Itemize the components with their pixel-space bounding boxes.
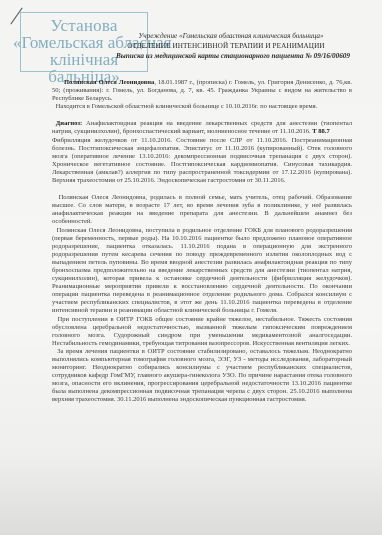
paragraph-admission-state: При поступлении в ОИТР ГОКБ общее состоя… <box>52 316 352 348</box>
department-name: ОТДЕЛЕНИЕ ИНТЕНСИВНОЙ ТЕРАПИИ И РЕАНИМАЦ… <box>0 41 382 51</box>
diagnosis: Диагноз: Анафилактоидная реакция на введ… <box>52 120 352 136</box>
diagnosis-label: Диагноз: <box>56 120 82 127</box>
document-body: Полянская Олеся Леонидовна, 18.01.1987 г… <box>52 79 352 405</box>
diagnosis-text: Анафилактоидная реакция на введение лека… <box>52 120 352 135</box>
institution-name: Учреждение «Гомельская областная клиниче… <box>0 31 382 41</box>
paragraph-treatment: За время лечения пациентки в ОИТР состоя… <box>52 348 352 405</box>
extract-title: Выписка из медицинской карты стационарно… <box>0 51 382 61</box>
patient-info: Полянская Олеся Леонидовна, 18.01.1987 г… <box>52 79 352 103</box>
stay-info: Находится в Гомельской областной клиниче… <box>52 103 352 111</box>
diagnosis-code: Т 88.7 <box>312 128 329 135</box>
document-header: Учреждение «Гомельская областная клиниче… <box>0 31 382 61</box>
paragraph-anamnesis: Полянская Олеся Леонидовна, родилась в п… <box>52 194 352 226</box>
paragraph-admission-history: Полянская Олеся Леонидовна, поступила в … <box>52 227 352 316</box>
diagnosis-details: Фибрилляция желудочков от 11.10.2016. Со… <box>52 137 352 186</box>
patient-name: Полянская Олеся Леонидовна <box>64 79 154 86</box>
document-page: Установа «Гомельская абласная клінічная … <box>0 0 382 535</box>
